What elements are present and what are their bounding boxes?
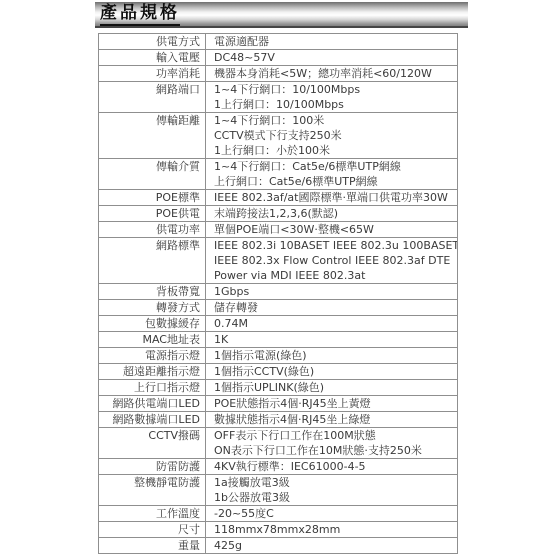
spec-value: 4KV執行標準：IEC61000-4-5 [206,459,458,475]
spec-value-line: 1~4下行網口：10/100Mbps [214,82,457,97]
spec-row: 超遠距離指示燈1個指示CCTV(綠色) [99,364,458,380]
spec-row: POE供電末端跨接法1,2,3,6(默認) [99,206,458,222]
spec-value: 1~4下行網口：10/100Mbps1上行網口：10/100Mbps [206,82,458,113]
spec-label: CCTV撥碼 [99,428,206,459]
spec-value: IEEE 802.3i 10BASET IEEE 802.3u 100BASET… [206,238,458,284]
spec-label: POE標準 [99,190,206,206]
spec-row: 背板帶寬1Gbps [99,284,458,300]
spec-label: 電源指示燈 [99,348,206,364]
spec-row: 轉發方式儲存轉發 [99,300,458,316]
spec-row: 重量425g [99,538,458,554]
spec-value: 單個POE端口<30W·整機<65W [206,222,458,238]
product-spec-table: 供電方式電源適配器輸入電壓DC48~57V功率消耗機器本身消耗<5W；總功率消耗… [98,33,458,554]
spec-row: 傳輸距離1~4下行網口：100米CCTV模式下行支持250米1上行網口：小於10… [99,113,458,159]
spec-value: 機器本身消耗<5W；總功率消耗<60/120W [206,66,458,82]
spec-value-line: Power via MDI IEEE 802.3at [214,268,457,283]
spec-value-line: 1上行網口：10/100Mbps [214,97,457,112]
spec-value-line: 1個指示電源(綠色) [214,348,457,363]
spec-label: 包數據緩存 [99,316,206,332]
spec-value-line: CCTV模式下行支持250米 [214,128,457,143]
spec-label: 網路供電端口LED [99,396,206,412]
spec-label: 轉發方式 [99,300,206,316]
spec-value: 電源適配器 [206,34,458,50]
spec-value-line: 數據狀態指示4個·RJ45坐上綠燈 [214,412,457,427]
spec-value-line: 1上行網口：小於100米 [214,143,457,158]
spec-value-line: 1a接觸放電3級 [214,475,457,490]
spec-row: 工作溫度-20~55度C [99,506,458,522]
spec-value-line: -20~55度C [214,506,457,521]
spec-value-line: 機器本身消耗<5W；總功率消耗<60/120W [214,66,457,81]
spec-value-line: 1K [214,332,457,347]
spec-value: DC48~57V [206,50,458,66]
spec-value-line: 1b公器放電3級 [214,490,457,505]
spec-label: POE供電 [99,206,206,222]
spec-value: 1個指示UPLINK(綠色) [206,380,458,396]
spec-label: 整機靜電防護 [99,475,206,506]
spec-value: 1~4下行網口：100米CCTV模式下行支持250米1上行網口：小於100米 [206,113,458,159]
spec-value: 1a接觸放電3級1b公器放電3級 [206,475,458,506]
spec-row: MAC地址表1K [99,332,458,348]
spec-value-line: 1~4下行網口：100米 [214,113,457,128]
spec-value-line: 425g [214,538,457,553]
spec-row: 網路標準IEEE 802.3i 10BASET IEEE 802.3u 100B… [99,238,458,284]
spec-label: 供電功率 [99,222,206,238]
spec-value: 1Gbps [206,284,458,300]
spec-value-line: 單個POE端口<30W·整機<65W [214,222,457,237]
spec-value: 末端跨接法1,2,3,6(默認) [206,206,458,222]
spec-label: 網路標準 [99,238,206,284]
spec-value: 425g [206,538,458,554]
spec-row: 輸入電壓DC48~57V [99,50,458,66]
spec-value-line: 末端跨接法1,2,3,6(默認) [214,206,457,221]
spec-value: 1K [206,332,458,348]
spec-value-line: IEEE 802.3x Flow Control IEEE 802.3af DT… [214,253,457,268]
spec-value-line: 0.74M [214,316,457,331]
spec-label: 重量 [99,538,206,554]
spec-row: POE標準IEEE 802.3af/at國際標準·單端口供電功率30W [99,190,458,206]
spec-row: 防雷防護4KV執行標準：IEC61000-4-5 [99,459,458,475]
spec-label: 防雷防護 [99,459,206,475]
spec-value: 數據狀態指示4個·RJ45坐上綠燈 [206,412,458,428]
spec-row: CCTV撥碼OFF表示下行口工作在100M狀態ON表示下行口工作在10M狀態·支… [99,428,458,459]
spec-row: 網路供電端口LEDPOE狀態指示4個·RJ45坐上黃燈 [99,396,458,412]
spec-label: 功率消耗 [99,66,206,82]
spec-label: 上行口指示燈 [99,380,206,396]
spec-label: 背板帶寬 [99,284,206,300]
spec-row: 尺寸118mmx78mmx28mm [99,522,458,538]
spec-value-line: DC48~57V [214,50,457,65]
spec-label: 網路數據端口LED [99,412,206,428]
spec-value-line: OFF表示下行口工作在100M狀態 [214,428,457,443]
spec-label: MAC地址表 [99,332,206,348]
spec-value-line: 儲存轉發 [214,300,457,315]
spec-row: 整機靜電防護1a接觸放電3級1b公器放電3級 [99,475,458,506]
spec-label: 輸入電壓 [99,50,206,66]
spec-value: POE狀態指示4個·RJ45坐上黃燈 [206,396,458,412]
spec-row: 供電方式電源適配器 [99,34,458,50]
spec-row: 網路數據端口LED數據狀態指示4個·RJ45坐上綠燈 [99,412,458,428]
spec-value: 118mmx78mmx28mm [206,522,458,538]
spec-label: 傳輸距離 [99,113,206,159]
spec-value: 0.74M [206,316,458,332]
spec-value-line: 4KV執行標準：IEC61000-4-5 [214,459,457,474]
spec-sheet-page: 產品規格 供電方式電源適配器輸入電壓DC48~57V功率消耗機器本身消耗<5W；… [0,0,560,560]
spec-label: 超遠距離指示燈 [99,364,206,380]
spec-row: 電源指示燈1個指示電源(綠色) [99,348,458,364]
spec-value: IEEE 802.3af/at國際標準·單端口供電功率30W [206,190,458,206]
spec-value-line: 1個指示CCTV(綠色) [214,364,457,379]
spec-row: 網路端口1~4下行網口：10/100Mbps1上行網口：10/100Mbps [99,82,458,113]
spec-value-line: 1個指示UPLINK(綠色) [214,380,457,395]
spec-row: 功率消耗機器本身消耗<5W；總功率消耗<60/120W [99,66,458,82]
spec-value-line: 1Gbps [214,284,457,299]
spec-table-body: 供電方式電源適配器輸入電壓DC48~57V功率消耗機器本身消耗<5W；總功率消耗… [99,34,458,554]
spec-value-line: 1~4下行網口：Cat5e/6標準UTP網線 [214,159,457,174]
spec-row: 供電功率單個POE端口<30W·整機<65W [99,222,458,238]
spec-row: 傳輸介質1~4下行網口：Cat5e/6標準UTP網線上行網口：Cat5e/6標準… [99,159,458,190]
spec-value-line: ON表示下行口工作在10M狀態·支持250米 [214,443,457,458]
spec-value-line: 上行網口：Cat5e/6標準UTP網線 [214,174,457,189]
spec-value: -20~55度C [206,506,458,522]
spec-label: 供電方式 [99,34,206,50]
spec-value: 儲存轉發 [206,300,458,316]
spec-row: 上行口指示燈1個指示UPLINK(綠色) [99,380,458,396]
spec-value: OFF表示下行口工作在100M狀態ON表示下行口工作在10M狀態·支持250米 [206,428,458,459]
spec-value-line: 118mmx78mmx28mm [214,522,457,537]
spec-row: 包數據緩存0.74M [99,316,458,332]
spec-value: 1個指示CCTV(綠色) [206,364,458,380]
spec-label: 尺寸 [99,522,206,538]
spec-value-line: 電源適配器 [214,34,457,49]
spec-value-line: POE狀態指示4個·RJ45坐上黃燈 [214,396,457,411]
spec-label: 工作溫度 [99,506,206,522]
section-header-bar: 產品規格 [95,2,468,28]
spec-label: 網路端口 [99,82,206,113]
spec-value-line: IEEE 802.3i 10BASET IEEE 802.3u 100BASET… [214,238,457,253]
spec-value-line: IEEE 802.3af/at國際標準·單端口供電功率30W [214,190,457,205]
page-title: 產品規格 [100,3,180,26]
spec-value: 1個指示電源(綠色) [206,348,458,364]
spec-value: 1~4下行網口：Cat5e/6標準UTP網線上行網口：Cat5e/6標準UTP網… [206,159,458,190]
spec-label: 傳輸介質 [99,159,206,190]
